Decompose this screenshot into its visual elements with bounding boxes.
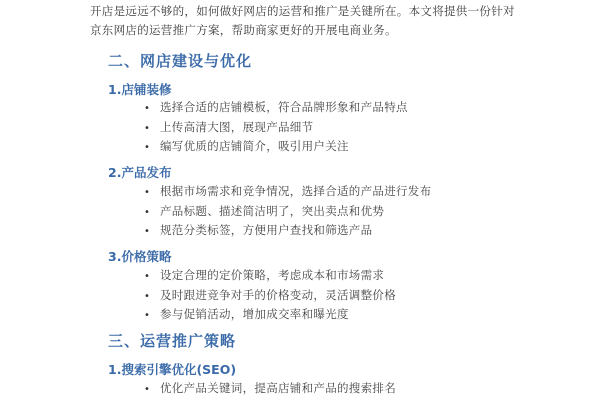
list-item-text: 规范分类标签，方便用户查找和筛选产品 — [160, 222, 372, 238]
list-item: •选择合适的店铺模板，符合品牌形象和产品特点 — [144, 99, 408, 119]
subsection-heading: 1.搜索引擎优化(SEO) — [108, 360, 236, 378]
bullet-icon: • — [144, 271, 160, 282]
list-item-text: 设定合理的定价策略，考虑成本和市场需求 — [160, 267, 384, 283]
section-heading: 二、网店建设与优化 — [108, 50, 252, 71]
list-item: •规范分类标签，方便用户查找和筛选产品 — [144, 222, 372, 242]
intro-line: 京东网店的运营推广方案，帮助商家更好的开展电商业务。 — [90, 21, 530, 40]
list-item: •上传高清大图，展现产品细节 — [144, 119, 313, 139]
list-item-text: 产品标题、描述简洁明了，突出卖点和优势 — [160, 203, 384, 219]
bullet-icon: • — [144, 123, 160, 134]
bullet-icon: • — [144, 142, 160, 153]
list-item: •及时跟进竞争对手的价格变动，灵活调整价格 — [144, 287, 396, 307]
bullet-icon: • — [144, 291, 160, 302]
list-item: •根据市场需求和竞争情况，选择合适的产品进行发布 — [144, 183, 431, 203]
intro-line: 开店是远远不够的，如何做好网店的运营和推广是关键所在。本文将提供一份针对 — [90, 2, 530, 21]
list-item: •设定合理的定价策略，考虑成本和市场需求 — [144, 267, 384, 287]
subsection-heading: 3.价格策略 — [108, 247, 171, 265]
list-item-text: 参与促销活动，增加成交率和曝光度 — [160, 306, 349, 322]
list-item: •产品标题、描述简洁明了，突出卖点和优势 — [144, 203, 384, 223]
bullet-icon: • — [144, 384, 160, 395]
list-item: •优化产品关键词，提高店铺和产品的搜索排名 — [144, 380, 396, 400]
list-item-text: 选择合适的店铺模板，符合品牌形象和产品特点 — [160, 99, 408, 115]
section-heading: 三、运营推广策略 — [108, 330, 236, 351]
bullet-icon: • — [144, 226, 160, 237]
intro-paragraph: 开店是远远不够的，如何做好网店的运营和推广是关键所在。本文将提供一份针对 京东网… — [90, 2, 530, 40]
list-item: •参与促销活动，增加成交率和曝光度 — [144, 306, 349, 326]
list-item-text: 优化产品关键词，提高店铺和产品的搜索排名 — [160, 380, 396, 396]
bullet-icon: • — [144, 310, 160, 321]
subsection-heading: 2.产品发布 — [108, 163, 171, 181]
list-item-text: 及时跟进竞争对手的价格变动，灵活调整价格 — [160, 287, 396, 303]
bullet-icon: • — [144, 103, 160, 114]
list-item-text: 上传高清大图，展现产品细节 — [160, 119, 313, 135]
subsection-heading: 1.店铺装修 — [108, 80, 171, 98]
bullet-icon: • — [144, 187, 160, 198]
list-item-text: 根据市场需求和竞争情况，选择合适的产品进行发布 — [160, 183, 431, 199]
document-page: 开店是远远不够的，如何做好网店的运营和推广是关键所在。本文将提供一份针对 京东网… — [0, 0, 600, 400]
list-item: •编写优质的店铺简介，吸引用户关注 — [144, 138, 349, 158]
bullet-icon: • — [144, 207, 160, 218]
list-item-text: 编写优质的店铺简介，吸引用户关注 — [160, 138, 349, 154]
